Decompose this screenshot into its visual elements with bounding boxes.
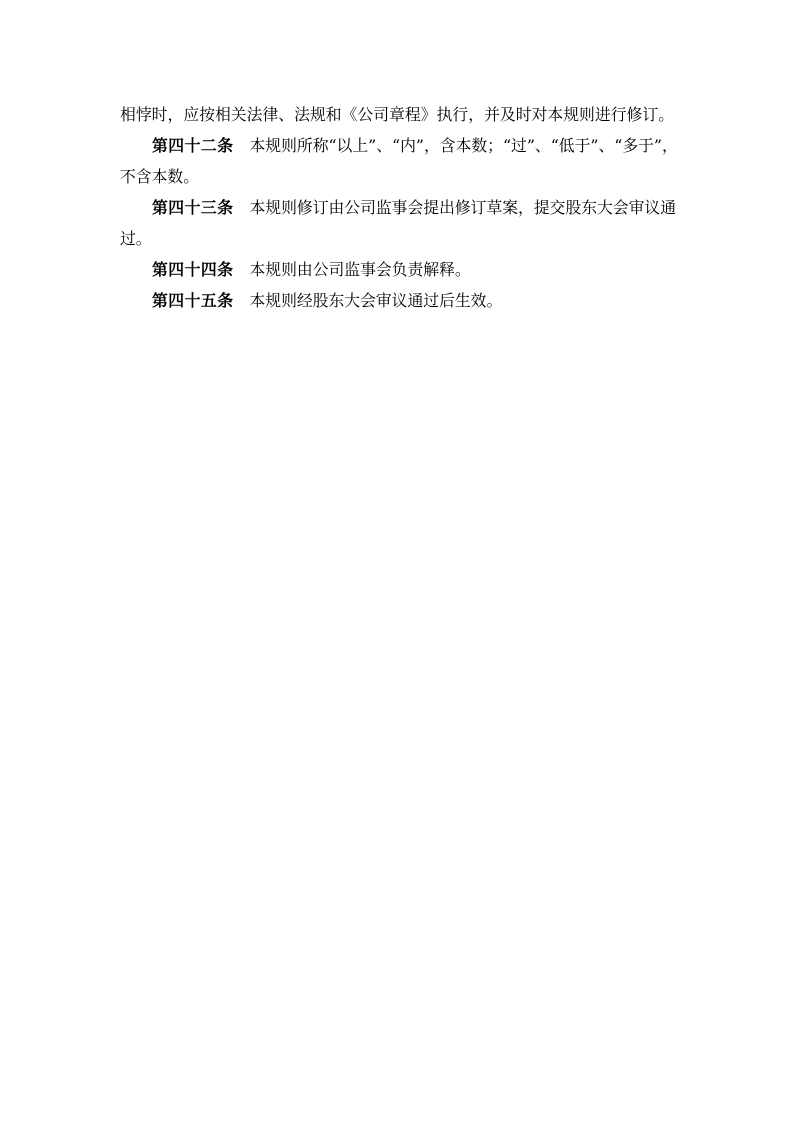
continuation-text: 相悖时，应按相关法律、法规和《公司章程》执行，并及时对本规则进行修订。 [120, 99, 674, 130]
article-text: 本规则修订由公司监事会提出修订草案，提交股东大会审议通 [250, 198, 677, 217]
article-number: 第四十三条 [152, 198, 234, 217]
document-page: 相悖时，应按相关法律、法规和《公司章程》执行，并及时对本规则进行修订。 第四十二… [120, 99, 674, 316]
article-number: 第四十二条 [152, 136, 234, 155]
article-43: 第四十三条本规则修订由公司监事会提出修订草案，提交股东大会审议通 [120, 192, 674, 223]
article-text: 本规则经股东大会审议通过后生效。 [250, 291, 503, 310]
article-44: 第四十四条本规则由公司监事会负责解释。 [120, 254, 674, 285]
article-number: 第四十四条 [152, 260, 234, 279]
article-text: 本规则所称“以上”、“内”，含本数；“过”、“低于”、“多于”， [250, 136, 678, 155]
article-number: 第四十五条 [152, 291, 234, 310]
article-42-cont: 不含本数。 [120, 161, 674, 192]
article-43-cont: 过。 [120, 223, 674, 254]
article-text: 本规则由公司监事会负责解释。 [250, 260, 471, 279]
article-42: 第四十二条本规则所称“以上”、“内”，含本数；“过”、“低于”、“多于”， [120, 130, 674, 161]
article-45: 第四十五条本规则经股东大会审议通过后生效。 [120, 285, 674, 316]
